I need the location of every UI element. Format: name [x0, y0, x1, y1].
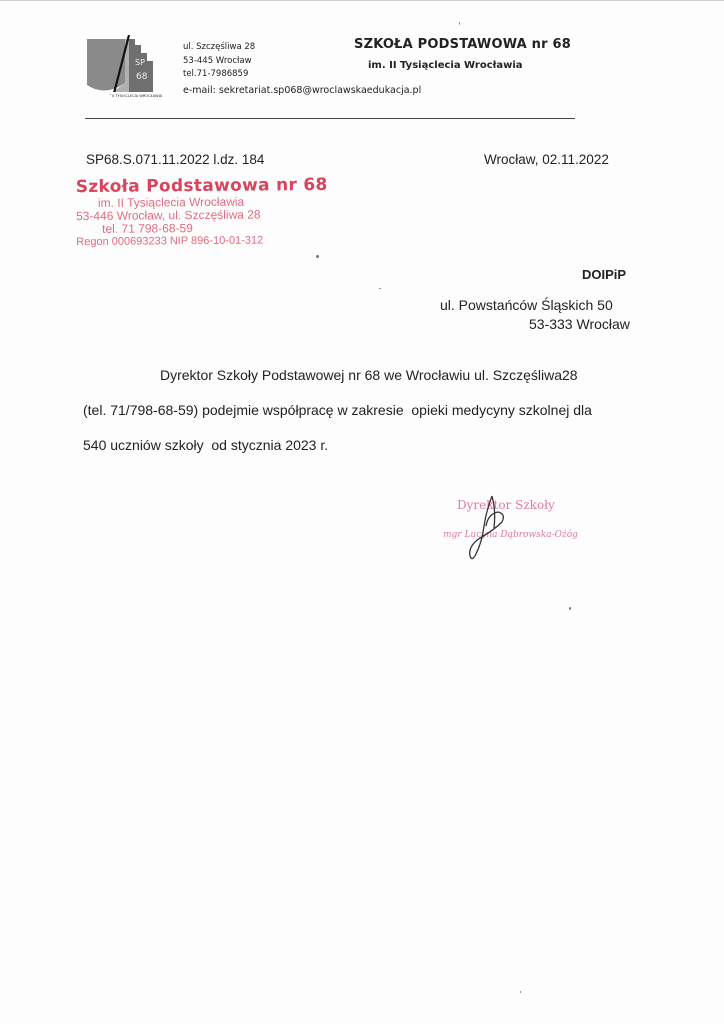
recipient-city: 53-333 Wrocław	[529, 316, 630, 332]
recipient-street: ul. Powstańców Śląskich 50	[440, 297, 613, 313]
svg-text:II TYSIĄCLECIA WROCŁAWIA: II TYSIĄCLECIA WROCŁAWIA	[112, 94, 163, 98]
body-line: (tel. 71/798-68-59) podejmie współpracę …	[83, 402, 592, 418]
letterhead-address: ul. Szczęśliwa 28 53-445 Wrocław tel.71-…	[183, 41, 255, 82]
letter-date: Wrocław, 02.11.2022	[484, 152, 609, 167]
scan-speck	[520, 991, 521, 993]
recipient-name: DOIPiP	[582, 267, 626, 282]
handwritten-signature-icon	[462, 492, 512, 564]
stamp-line: Regon 000693233 NIP 896-10-01-312	[76, 234, 328, 249]
scan-speck	[316, 255, 319, 258]
reference-number: SP68.S.071.11.2022 l.dz. 184	[86, 152, 264, 167]
letterhead-postcode: 53-445 Wrocław	[183, 55, 255, 69]
letterhead-phone: tel.71-7986859	[183, 68, 255, 82]
letterhead-email: e-mail: sekretariat.sp068@wroclawskaeduk…	[183, 85, 421, 96]
school-stamp: Szkoła Podstawowa nr 68 im. II Tysiąclec…	[76, 175, 328, 249]
scan-edge	[0, 0, 724, 5]
letterhead-street: ul. Szczęśliwa 28	[183, 41, 255, 55]
scan-speck	[459, 22, 460, 25]
school-logo-icon: SP 68 II TYSIĄCLECIA WROCŁAWIA	[85, 35, 173, 99]
svg-text:68: 68	[136, 72, 148, 82]
svg-text:SP: SP	[135, 58, 145, 67]
letterhead-subtitle: im. II Tysiąclecia Wrocławia	[368, 60, 523, 71]
scan-speck	[569, 607, 571, 610]
scan-speck	[379, 288, 381, 289]
body-line: 540 uczniów szkoły od stycznia 2023 r.	[83, 437, 328, 453]
body-line: Dyrektor Szkoły Podstawowej nr 68 we Wro…	[160, 367, 578, 383]
letterhead-divider	[85, 118, 575, 119]
stamp-school-name: Szkoła Podstawowa nr 68	[76, 175, 328, 197]
letter-page: SP 68 II TYSIĄCLECIA WROCŁAWIA ul. Szczę…	[0, 0, 724, 1024]
letterhead-title: SZKOŁA PODSTAWOWA nr 68	[354, 37, 571, 52]
